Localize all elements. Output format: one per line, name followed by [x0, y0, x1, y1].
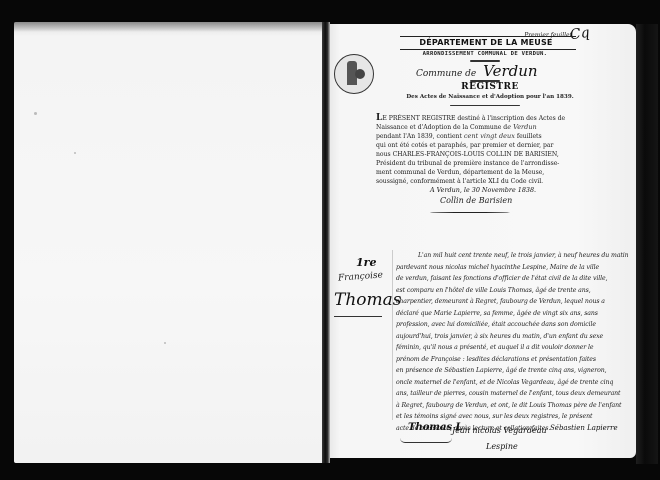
act-line: charpentier, demeurant à Regret, faubour…: [396, 296, 628, 308]
act-line: ans, tailleur de pierres, cousin materne…: [396, 388, 628, 400]
register-subtitle: Des Actes de Naissance et d'Adoption pou…: [370, 94, 610, 100]
act-line: féminin, qu'il nous a présenté, et auque…: [396, 342, 628, 354]
act-line: L'an mil huit cent trente neuf, le trois…: [396, 250, 628, 262]
act-line: en présence de Sébastien Lapierre, âgé d…: [396, 365, 628, 377]
preamble-line: nous CHARLES-FRANÇOIS-LOUIS COLLIN DE BA…: [376, 150, 596, 159]
preamble-line: soussigné, conformément à l'article XLI …: [376, 177, 596, 186]
commune-label: Commune de: [416, 69, 476, 79]
margin-rule: [392, 250, 393, 420]
preamble-line: Président du tribunal de première instan…: [376, 159, 596, 168]
entry-number: 1re: [356, 256, 376, 269]
handwritten-fill: cent vingt deux: [464, 132, 515, 140]
header-rule: [400, 36, 576, 37]
left-page-blank: [14, 22, 324, 463]
preamble-line: pendant l'An 1839, contient: [376, 133, 462, 140]
commune-name: Verdun: [483, 62, 537, 80]
seal-figure: [355, 69, 365, 79]
president-signature: Collin de Barisien: [440, 196, 512, 205]
signature-witness-1: Jean nicolas Vegardeau: [452, 426, 547, 435]
entry-surname: Thomas: [334, 290, 402, 310]
act-line: pardevant nous nicolas michel hyacinthe …: [396, 262, 628, 274]
page-shadow: [14, 22, 324, 32]
book-spine: [322, 22, 330, 463]
act-line: oncle maternel de l'enfant, et de Nicola…: [396, 377, 628, 389]
register-title: REGISTRE: [390, 82, 590, 92]
preamble-text: LE PRÉSENT REGISTRE destiné à l'inscript…: [376, 114, 596, 186]
folio-mark: Cq: [569, 25, 591, 44]
margin-underline: [334, 316, 382, 317]
act-line: est comparu en l'hôtel de ville Louis Th…: [396, 285, 628, 297]
act-line: prénom de Françoise : lesdites déclarati…: [396, 354, 628, 366]
handwritten-fill: e Verdun: [507, 123, 537, 131]
department-heading: DÉPARTEMENT DE LA MEUSE: [401, 38, 571, 47]
paper-speck: [34, 112, 37, 115]
page-edge-shadow: [636, 24, 658, 464]
preamble-line: feuillets: [517, 133, 542, 140]
right-page: Premier feuillet Cq DÉPARTEMENT DE LA ME…: [330, 24, 636, 458]
commune-line: Commune de Verdun: [416, 62, 538, 80]
act-line: aujourd'hui, trois janvier, à six heures…: [396, 331, 628, 343]
signature-flourish: [430, 212, 510, 213]
preamble-line: qui ont été cotés et paraphés, par premi…: [376, 141, 596, 150]
preamble-line: Naissance et d'Adoption de la Commune d: [376, 124, 507, 131]
preamble-line: E PRÉSENT REGISTRE destiné à l'inscripti…: [382, 115, 565, 122]
header-rule: [400, 49, 576, 50]
signature-mayor: Lespine: [486, 442, 518, 451]
act-line: déclaré que Marie Lapierre, sa femme, âg…: [396, 308, 628, 320]
place-date: A Verdun, le 30 Novembre 1838.: [430, 186, 536, 194]
seal-stamp-icon: [334, 54, 374, 94]
act-line: profession, avec lui domiciliée, était a…: [396, 319, 628, 331]
paper-speck: [164, 342, 166, 344]
signature-witness-2: Sébastien Lapierre: [550, 424, 618, 432]
act-line: à Regret, faubourg de Verdun, et ont, le…: [396, 400, 628, 412]
act-line: de verdun, faisant les fonctions d'offic…: [396, 273, 628, 285]
paper-speck: [74, 152, 76, 154]
entry-given-name: Françoise: [338, 270, 384, 283]
arrondissement-heading: ARRONDISSEMENT COMMUNAL DE VERDUN.: [380, 51, 590, 57]
preamble-line: ment communal de Verdun, département de …: [376, 168, 596, 177]
ornament-divider: [450, 105, 520, 106]
act-line: et les témoins signé avec nous, sur les …: [396, 411, 628, 423]
signatures-block: Thomas L Jean nicolas Vegardeau Sébastie…: [402, 422, 632, 472]
birth-act-text: L'an mil huit cent trente neuf, le trois…: [396, 250, 628, 434]
signature-flourish: [400, 438, 452, 443]
